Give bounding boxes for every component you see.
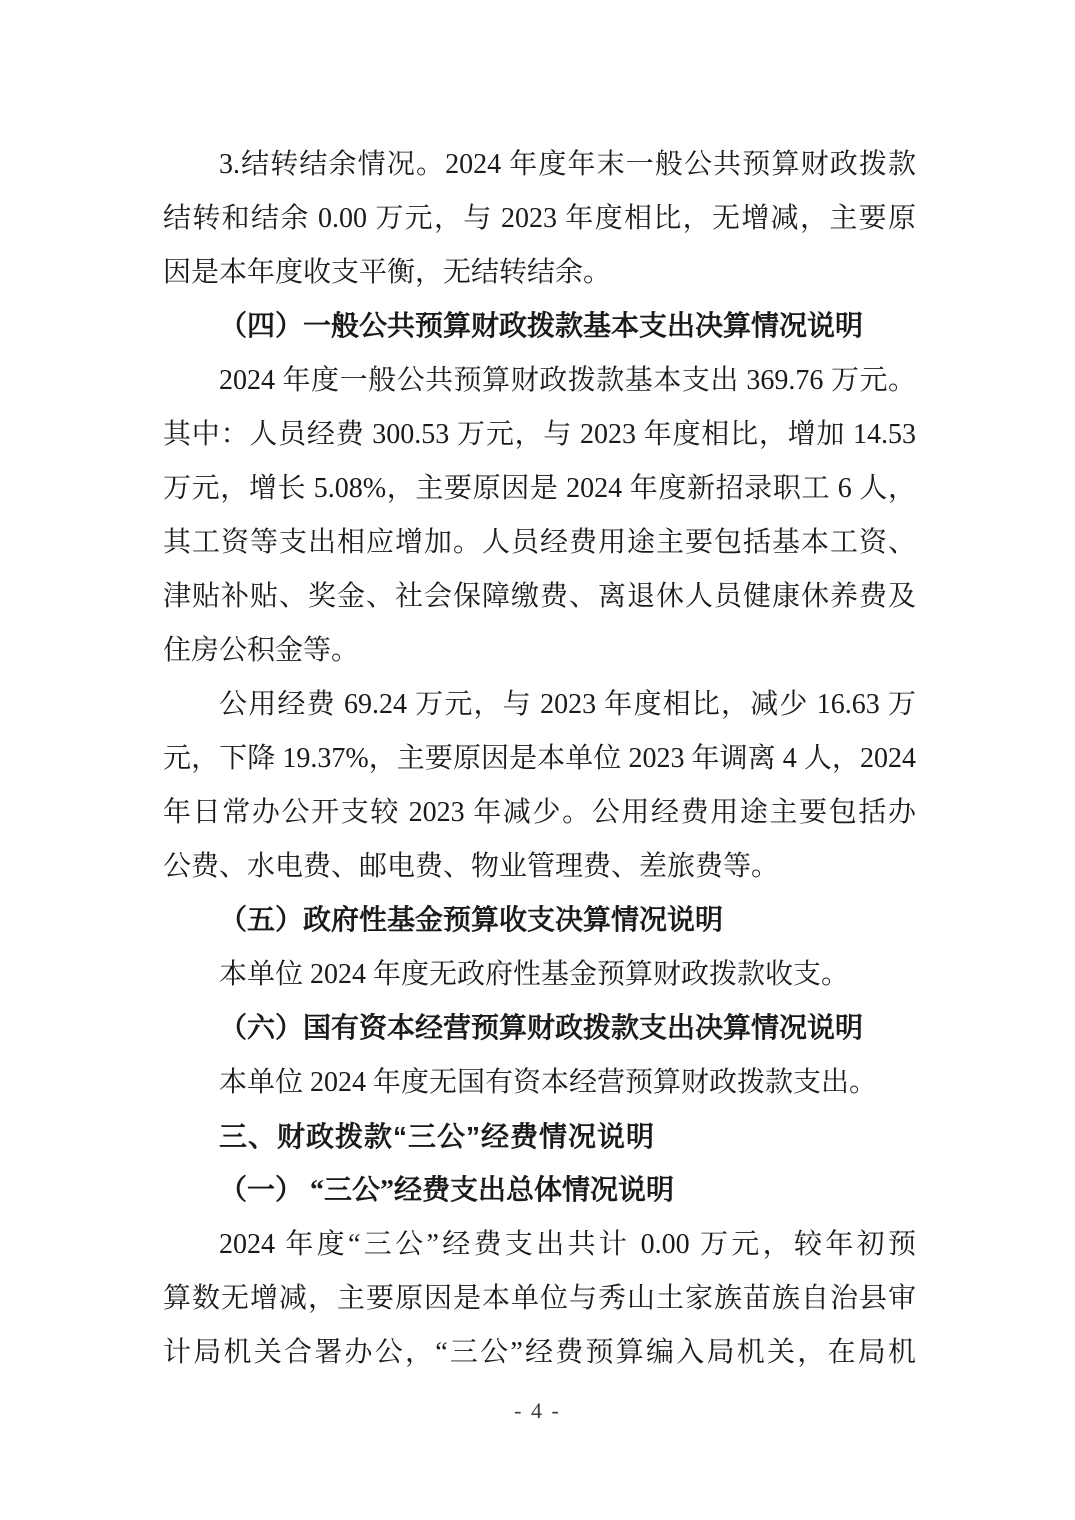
subsection-heading: （四）一般公共预算财政拨款基本支出决算情况说明 <box>163 300 916 354</box>
page-number: - 4 - <box>514 1398 561 1423</box>
text-line: 其中：人员经费 300.53 万元，与 2023 年度相比，增加 14.53 <box>163 408 916 462</box>
subsection-heading: （五）政府性基金预算收支决算情况说明 <box>163 894 916 948</box>
text-line: 年日常办公开支较 2023 年减少。公用经费用途主要包括办 <box>163 786 916 840</box>
subsection-heading: （六）国有资本经营预算财政拨款支出决算情况说明 <box>163 1002 916 1056</box>
text-line: 公费、水电费、邮电费、物业管理费、差旅费等。 <box>163 840 916 894</box>
text-line: 因是本年度收支平衡，无结转结余。 <box>163 246 916 300</box>
text-line: 3.结转结余情况。2024 年度年末一般公共预算财政拨款 <box>163 138 916 192</box>
text-line: 元，下降 19.37%，主要原因是本单位 2023 年调离 4 人，2024 <box>163 732 916 786</box>
text-line: 计局机关合署办公，“三公”经费预算编入局机关，在局机 <box>163 1326 916 1380</box>
text-line: 其工资等支出相应增加。人员经费用途主要包括基本工资、 <box>163 516 916 570</box>
text-line: 本单位 2024 年度无政府性基金预算财政拨款收支。 <box>163 948 916 1002</box>
text-line: 算数无增减，主要原因是本单位与秀山土家族苗族自治县审 <box>163 1272 916 1326</box>
text-line: 结转和结余 0.00 万元，与 2023 年度相比，无增减，主要原 <box>163 192 916 246</box>
text-line: 本单位 2024 年度无国有资本经营预算财政拨款支出。 <box>163 1056 916 1110</box>
page-footer: - 4 - <box>0 1398 1075 1424</box>
document-body: 3.结转结余情况。2024 年度年末一般公共预算财政拨款结转和结余 0.00 万… <box>163 138 916 1380</box>
subsection-heading: （一） “三公”经费支出总体情况说明 <box>163 1164 916 1218</box>
text-line: 公用经费 69.24 万元，与 2023 年度相比，减少 16.63 万 <box>163 678 916 732</box>
section-heading: 三、财政拨款“三公”经费情况说明 <box>163 1110 916 1164</box>
text-line: 2024 年度一般公共预算财政拨款基本支出 369.76 万元。 <box>163 354 916 408</box>
text-line: 津贴补贴、奖金、社会保障缴费、离退休人员健康休养费及 <box>163 570 916 624</box>
text-line: 2024 年度“三公”经费支出共计 0.00 万元，较年初预 <box>163 1218 916 1272</box>
text-line: 住房公积金等。 <box>163 624 916 678</box>
text-line: 万元，增长 5.08%，主要原因是 2024 年度新招录职工 6 人， <box>163 462 916 516</box>
page: 3.结转结余情况。2024 年度年末一般公共预算财政拨款结转和结余 0.00 万… <box>0 0 1075 1520</box>
